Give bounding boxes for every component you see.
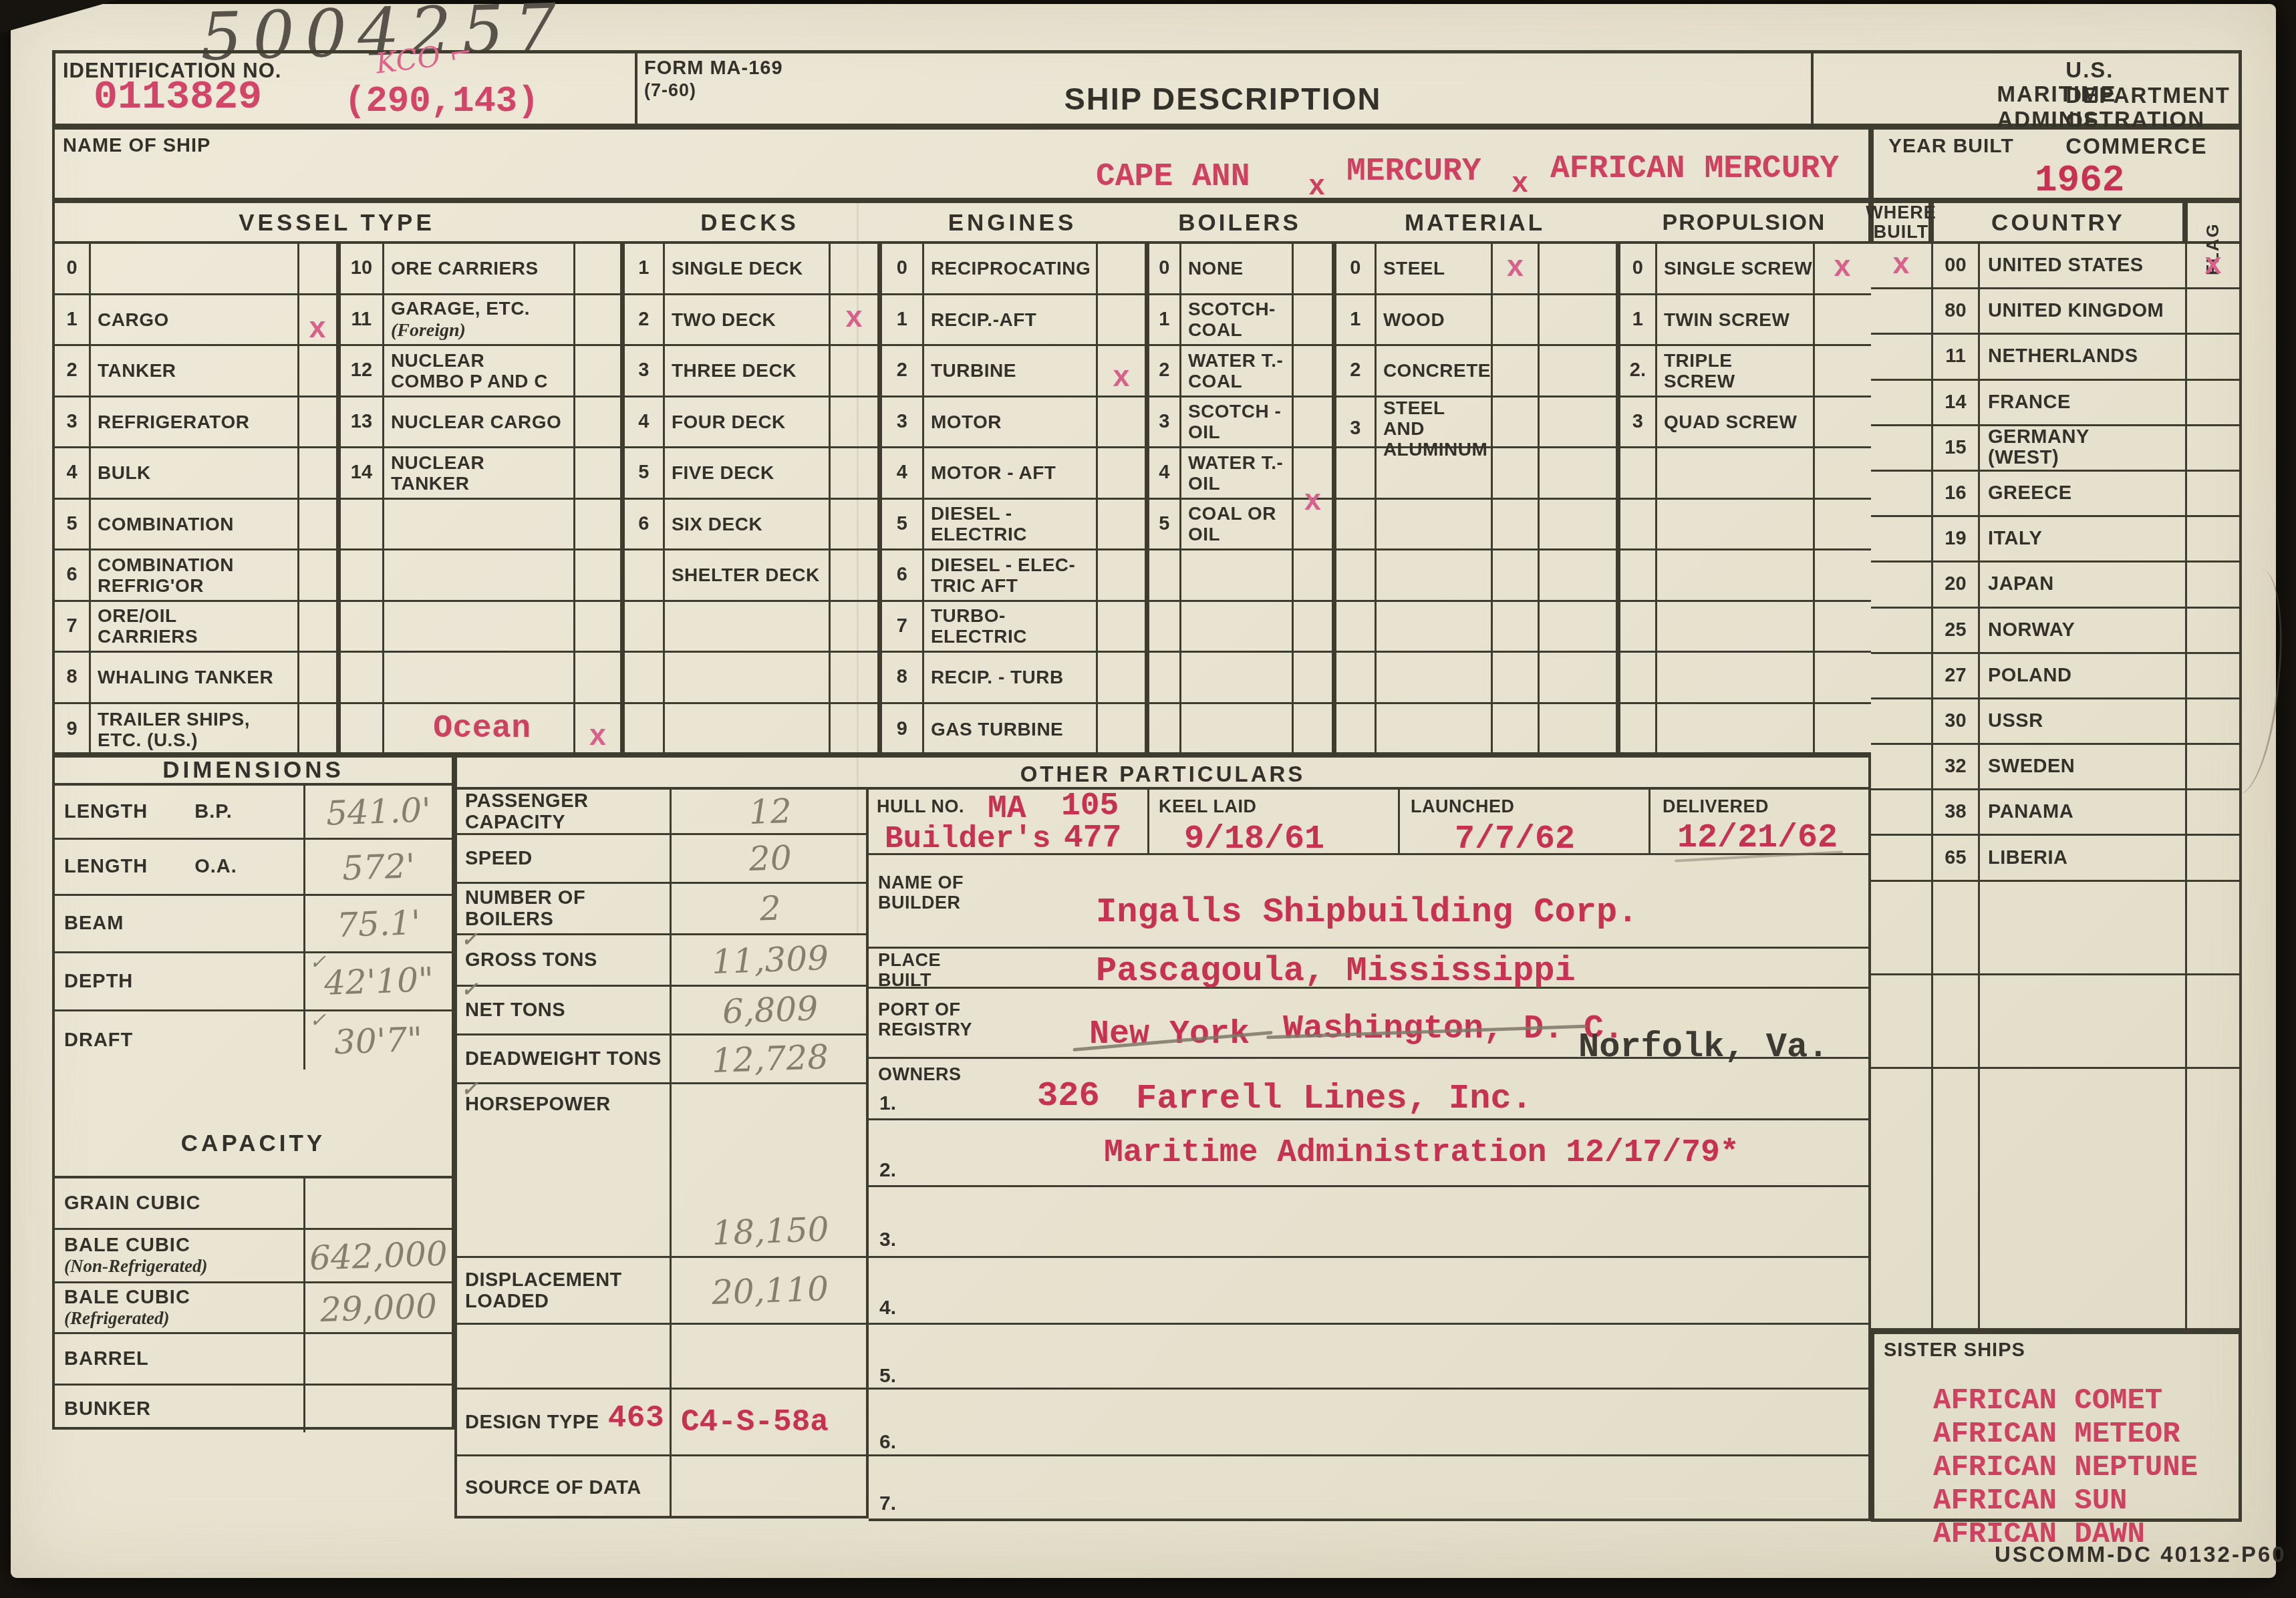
pencil-value: 18,150 <box>711 1210 829 1253</box>
capacity-row: BUNKER <box>55 1386 452 1432</box>
country-name-cell: PANAMA <box>1978 790 2185 836</box>
label-cell: GAS TURBINE <box>924 719 1096 740</box>
form-number-line2: (7-60) <box>644 80 696 101</box>
code-cell: 0 <box>1336 244 1377 293</box>
x-mark: x <box>309 315 326 345</box>
label-cell: NUCLEAR CARGO <box>384 412 573 432</box>
label-cell: REFRIGERATOR <box>91 412 297 432</box>
mark-cell <box>829 550 877 600</box>
hull-builders: Builder's <box>885 822 1050 856</box>
code-cell <box>1149 602 1181 651</box>
mark-cell <box>297 397 335 447</box>
table-row <box>625 704 877 756</box>
dept-line2: MARITIME ADMINISTRATION <box>1997 82 2205 132</box>
particulars-value: 12 <box>670 790 869 833</box>
owner-row-4: 4. <box>869 1258 1868 1325</box>
code-cell <box>341 602 384 651</box>
table-row <box>1149 550 1332 602</box>
material-title: MATERIAL <box>1405 210 1545 236</box>
code-cell <box>625 704 665 756</box>
label-cell: ORE CARRIERS <box>384 258 573 279</box>
particulars-value <box>670 1325 869 1388</box>
x-mark: x <box>845 305 863 334</box>
label-cell: SHELTER DECK <box>665 565 829 585</box>
code-cell: 9 <box>882 704 924 756</box>
country-name-cell: JAPAN <box>1978 563 2185 608</box>
boilers-title: BOILERS <box>1178 210 1301 236</box>
table-row: 1SINGLE DECK <box>625 244 877 295</box>
particulars-row: HORSEPOWER✓18,150 <box>457 1084 866 1258</box>
owners-label: OWNERS <box>878 1064 962 1084</box>
code-cell: 3 <box>625 346 665 395</box>
table-row: 14NUCLEAR TANKER <box>341 448 620 500</box>
keel-laid-cell: KEEL LAID 9/18/61 <box>1149 790 1400 853</box>
mark-cell <box>1813 448 1870 498</box>
mark-cell <box>297 653 335 702</box>
dimensions-capacity-table: DIMENSIONS LENGTHB.P.541.0'LENGTHO.A.572… <box>52 755 454 1430</box>
code-cell: 5 <box>55 500 91 549</box>
particulars-value: 12,728 <box>670 1035 869 1082</box>
particulars-row <box>457 1325 866 1390</box>
country-code-cell <box>1931 882 1978 975</box>
country-name-cell: UNITED KINGDOM <box>1978 289 2185 335</box>
table-row: 8RECIP. - TURB <box>882 653 1145 704</box>
mark-cell <box>573 448 620 498</box>
particulars-row: DISPLACEMENT LOADED20,110 <box>457 1258 866 1325</box>
dimension-row: BEAM75.1' <box>55 896 452 953</box>
table-row <box>1620 448 1871 500</box>
code-cell <box>625 602 665 651</box>
table-row: 2WATER T.- COAL <box>1149 346 1332 397</box>
place-built-label: PLACE BUILT <box>878 950 941 990</box>
code-cell: 2 <box>625 295 665 345</box>
code-cell: 5 <box>625 448 665 498</box>
where-built-cell <box>1871 381 1931 426</box>
mark-cell: x <box>297 295 335 345</box>
dimension-label: LENGTHO.A. <box>55 856 303 877</box>
particulars-row: NUMBER OF BOILERS2 <box>457 884 866 935</box>
code-cell: 8 <box>882 653 924 702</box>
particulars-label: NUMBER OF BOILERS <box>457 887 670 930</box>
footer-code: USCOMM-DC 40132-P60 <box>1995 1542 2287 1567</box>
mark-cell <box>829 500 877 549</box>
ship-name-3: AFRICAN MERCURY <box>1550 151 1839 187</box>
table-row <box>341 653 620 704</box>
label-cell: RECIP. - TURB <box>924 667 1096 687</box>
dimension-label: BEAM <box>55 913 303 934</box>
mark-cell <box>1096 550 1145 600</box>
table-row <box>1336 550 1616 602</box>
label-cell: WATER T.-OIL <box>1181 452 1292 494</box>
country-code-cell: 14 <box>1931 381 1978 426</box>
country-code-cell: 80 <box>1931 289 1978 335</box>
dimension-value: ✓30'7" <box>303 1011 452 1070</box>
owner2-name: Maritime Administration 12/17/79* <box>1104 1135 1739 1171</box>
label-cell: WOOD <box>1377 309 1491 330</box>
country-name-cell <box>1978 882 2185 975</box>
code-cell <box>1149 550 1181 600</box>
capacity-label: BALE CUBIC (Refrigerated) <box>55 1287 303 1329</box>
port-of-registry-row: PORT OF REGISTRY New York Washington, D.… <box>869 989 1868 1059</box>
table-row: 7ORE/OIL CARRIERS <box>55 602 336 653</box>
where-built-cell <box>1871 335 1931 380</box>
pencil-value: 541.0' <box>325 790 432 832</box>
country-code-cell: 20 <box>1931 563 1978 608</box>
table-row: 3SCOTCH - OIL <box>1149 397 1332 449</box>
owner-row-2: 2. Maritime Administration 12/17/79* <box>869 1120 1868 1187</box>
port-label: PORT OF REGISTRY <box>878 999 972 1040</box>
table-row <box>1336 602 1616 653</box>
dimension-row: LENGTHO.A.572' <box>55 840 452 896</box>
where-built-cell <box>1871 790 1931 836</box>
mark-cell <box>1813 346 1870 395</box>
particulars-value: 20,110 <box>670 1258 869 1323</box>
country-code-cell <box>1931 1069 1978 1331</box>
label-cell: TANKER <box>91 360 297 381</box>
launched-label: LAUNCHED <box>1411 796 1515 816</box>
table-row: 4FOUR DECK <box>625 397 877 449</box>
section-engines: 0RECIPROCATING1RECIP.-AFT2TURBINEx3MOTOR… <box>880 244 1147 755</box>
label-cell: FOUR DECK <box>665 412 829 432</box>
country-name-cell: FRANCE <box>1978 381 2185 426</box>
label-cell: SCOTCH- COAL <box>1181 299 1292 340</box>
country-name-cell: POLAND <box>1978 654 2185 699</box>
label-cell: CARGO <box>91 309 297 330</box>
mark-cell <box>573 295 620 345</box>
table-row: 12NUCLEAR COMBO P AND C <box>341 346 620 397</box>
code-cell: 2. <box>1620 346 1657 395</box>
pencil-value: 6,809 <box>722 989 819 1031</box>
code-cell: 6 <box>882 550 924 600</box>
table-row: 4MOTOR - AFT <box>882 448 1145 500</box>
table-row <box>625 653 877 704</box>
label-cell: STEEL <box>1377 258 1491 279</box>
particulars-row: PASSENGER CAPACITY12 <box>457 790 866 835</box>
x-mark: x <box>2204 251 2222 281</box>
dimension-row: LENGTHB.P.541.0' <box>55 786 452 840</box>
mark-cell <box>829 653 877 702</box>
vline <box>1811 50 1814 127</box>
ship-name-sep-1: x <box>1308 171 1325 203</box>
pencil-value: 11,309 <box>711 939 829 981</box>
label-cell: DIESEL - ELEC- TRIC AFT <box>924 554 1096 596</box>
section-vessel-type-left: 01CARGOx2TANKER3REFRIGERATOR4BULK5COMBIN… <box>55 244 339 755</box>
pencil-checkmark: ✓ <box>309 1009 326 1032</box>
code-cell <box>341 704 384 756</box>
table-row: 2TANKER <box>55 346 336 397</box>
builder-value: Ingalls Shipbuilding Corp. <box>1096 893 1638 932</box>
dimension-label: LENGTHB.P. <box>55 802 303 822</box>
country-code-cell: 25 <box>1931 609 1978 654</box>
table-row <box>1336 653 1616 704</box>
label-cell: TWIN SCREW <box>1657 309 1813 330</box>
country-code-cell: 11 <box>1931 335 1978 380</box>
mark-cell <box>1813 704 1870 756</box>
particulars-value: 11,309 <box>670 935 869 985</box>
owner-row-3: 3. <box>869 1187 1868 1258</box>
flag-cell <box>2185 563 2239 608</box>
table-row: 3STEEL AND ALUMINUM <box>1336 397 1616 449</box>
dimension-row: DEPTH✓42'10" <box>55 953 452 1011</box>
code-cell <box>341 550 384 600</box>
launched-cell: LAUNCHED 7/7/62 <box>1400 790 1651 853</box>
table-row: 2TWO DECKx <box>625 295 877 347</box>
pencil-value: 20 <box>748 838 793 878</box>
mark-cell <box>1096 500 1145 549</box>
pencil-value: 75.1' <box>336 903 421 944</box>
code-cell: 1 <box>625 244 665 293</box>
owner-num-2: 2. <box>879 1159 896 1182</box>
label-cell: GARAGE, ETC. (Foreign) <box>384 298 573 341</box>
code-cell: 1 <box>882 295 924 345</box>
owner-num-6: 6. <box>879 1431 896 1454</box>
code-cell <box>1620 704 1657 756</box>
design-type-value: C4-S-58a <box>681 1405 829 1440</box>
label-cell: FIVE DECK <box>665 462 829 483</box>
code-cell <box>1149 653 1181 702</box>
particulars-label: DESIGN TYPE463 <box>457 1412 670 1433</box>
country-name-cell: GREECE <box>1978 472 2185 517</box>
particulars-row: SPEED20 <box>457 835 866 884</box>
pencil-checkmark: ✓ <box>461 929 478 951</box>
table-row: 6DIESEL - ELEC- TRIC AFT <box>882 550 1145 602</box>
where-built-cell <box>1871 289 1931 335</box>
mark-cell <box>573 653 620 702</box>
mark-cell <box>1096 448 1145 498</box>
table-row: 4BULK <box>55 448 336 500</box>
mark-cell <box>829 448 877 498</box>
country-name-cell: USSR <box>1978 699 2185 745</box>
label-cell: ORE/OIL CARRIERS <box>91 605 297 647</box>
code-cell: 5 <box>1149 500 1181 549</box>
code-cell: 3 <box>1149 397 1181 447</box>
label-cell: SIX DECK <box>665 514 829 534</box>
flag-cell <box>2185 1069 2239 1331</box>
sister-ship-name: AFRICAN COMET <box>1933 1384 2239 1418</box>
mark-cell <box>1292 346 1332 395</box>
country-code-cell: 65 <box>1931 836 1978 881</box>
table-row <box>341 500 620 551</box>
capacity-row: GRAIN CUBIC <box>55 1178 452 1230</box>
flag-cell <box>2185 335 2239 380</box>
code-cell <box>1149 704 1181 756</box>
mark-cell <box>297 346 335 395</box>
section-boilers: 0NONE1SCOTCH- COAL2WATER T.- COAL3SCOTCH… <box>1147 244 1334 755</box>
code-cell <box>1620 653 1657 702</box>
pencil-value: 2 <box>759 889 782 928</box>
dimension-value: 572' <box>303 840 452 894</box>
code-cell: 5 <box>882 500 924 549</box>
label-cell: THREE DECK <box>665 360 829 381</box>
table-row <box>1336 704 1616 756</box>
x-mark: x <box>589 723 606 752</box>
capacity-value <box>303 1334 452 1384</box>
label-cell: TURBO- ELECTRIC <box>924 605 1096 647</box>
code-cell: 11 <box>341 295 384 345</box>
particulars-row: NET TONS✓6,809 <box>457 987 866 1035</box>
label-cell: NUCLEAR TANKER <box>384 452 573 494</box>
table-row: 0STEELx <box>1336 244 1616 295</box>
mark-cell <box>297 602 335 651</box>
sister-ship-name: AFRICAN SUN <box>1933 1484 2239 1518</box>
year-built-value: 1962 <box>2035 159 2124 202</box>
pencil-value: 29,000 <box>319 1286 438 1329</box>
table-row <box>625 602 877 653</box>
particulars-value: 2 <box>670 884 869 933</box>
mark-cell <box>297 448 335 498</box>
code-cell: 4 <box>625 397 665 447</box>
country-table: x00UNITED STATESx80UNITED KINGDOM11NETHE… <box>1871 244 2242 1331</box>
owner-num-7: 7. <box>879 1492 896 1515</box>
vline <box>635 50 637 127</box>
country-name-cell: SWEDEN <box>1978 745 2185 790</box>
capacity-row: BALE CUBIC (Refrigerated)29,000 <box>55 1283 452 1334</box>
ship-name-sep-2: x <box>1512 168 1528 200</box>
particulars-middle-column: PASSENGER CAPACITY12SPEED20NUMBER OF BOI… <box>454 790 869 1519</box>
code-cell <box>341 500 384 549</box>
ship-name-2: MERCURY <box>1346 154 1481 190</box>
capacity-value <box>303 1386 452 1432</box>
capacity-label: BALE CUBIC (Non-Refrigerated) <box>55 1235 303 1277</box>
table-row <box>1336 500 1616 551</box>
label-cell: SCOTCH - OIL <box>1181 401 1292 442</box>
code-cell: 3 <box>55 397 91 447</box>
hull-no-label: HULL NO. <box>877 796 964 816</box>
table-row: 2.TRIPLE SCREW <box>1620 346 1871 397</box>
table-row <box>1620 550 1871 602</box>
design-type-code: 463 <box>608 1408 664 1429</box>
mark-cell <box>297 550 335 600</box>
code-cell: 10 <box>341 244 384 293</box>
table-row <box>1149 602 1332 653</box>
dimension-label: DRAFT <box>55 1030 303 1051</box>
country-code-cell: 15 <box>1931 426 1978 472</box>
mark-cell <box>1096 602 1145 651</box>
mark-cell <box>1096 244 1145 293</box>
flag-cell <box>2185 289 2239 335</box>
hull-ma-number: 105 <box>1061 788 1119 824</box>
code-cell <box>1336 500 1377 549</box>
table-row: 11GARAGE, ETC. (Foreign) <box>341 295 620 347</box>
code-cell: 9 <box>55 704 91 756</box>
pink-coordinates: (290,143) <box>344 82 539 122</box>
country-name-cell: GERMANY (WEST) <box>1978 426 2185 472</box>
where-built-cell <box>1871 745 1931 790</box>
flag-cell <box>2185 381 2239 426</box>
table-row <box>341 602 620 653</box>
where-built-cell: x <box>1871 244 1931 289</box>
table-row: 3REFRIGERATOR <box>55 397 336 449</box>
owner-num-4: 4. <box>879 1297 896 1319</box>
flag-cell <box>2185 790 2239 836</box>
table-row: 3QUAD SCREW <box>1620 397 1871 449</box>
table-row: 3MOTOR <box>882 397 1145 449</box>
hull-builders-number: 477 <box>1064 820 1121 856</box>
country-name-cell: NORWAY <box>1978 609 2185 654</box>
mark-cell <box>1491 602 1538 651</box>
x-mark: x <box>1834 254 1851 283</box>
flag-cell <box>2185 609 2239 654</box>
table-row: 8WHALING TANKER <box>55 653 336 704</box>
table-row: 6SIX DECK <box>625 500 877 551</box>
code-cell: 2 <box>1336 346 1377 395</box>
pencil-value: 30'7" <box>333 1019 423 1062</box>
code-cell <box>1336 448 1377 498</box>
label-cell: SINGLE SCREW <box>1657 258 1813 279</box>
code-cell <box>1620 602 1657 651</box>
table-row <box>1149 704 1332 756</box>
keel-laid-label: KEEL LAID <box>1159 796 1257 816</box>
where-built-cell <box>1871 882 1931 975</box>
table-row: 9TRAILER SHIPS, ETC. (U.S.) <box>55 704 336 756</box>
country-name-cell: NETHERLANDS <box>1978 335 2185 380</box>
code-cell: 13 <box>341 397 384 447</box>
where-built-cell <box>1871 836 1931 881</box>
table-row: 0SINGLE SCREWx <box>1620 244 1871 295</box>
label-cell: TRAILER SHIPS, ETC. (U.S.) <box>91 709 297 750</box>
label-cell: COMBINATION REFRIG'OR <box>91 554 297 596</box>
where-built-cell <box>1871 699 1931 745</box>
owner-num-1: 1. <box>879 1092 896 1115</box>
code-cell: 1 <box>55 295 91 345</box>
code-cell: 14 <box>341 448 384 498</box>
flag-cell: x <box>2185 244 2239 289</box>
country-code-cell: 00 <box>1931 244 1978 289</box>
code-cell: 0 <box>1620 244 1657 293</box>
flag-cell <box>2185 745 2239 790</box>
hull-no-cell: HULL NO. MA 105 Builder's 477 <box>869 790 1149 853</box>
mark-cell <box>829 346 877 395</box>
table-row: Oceanx <box>341 704 620 756</box>
flag-cell <box>2185 836 2239 881</box>
label-cell: MOTOR - AFT <box>924 462 1096 483</box>
scanned-form-ship-description: 5004257 IDENTIFICATION NO. 0113829 KCO ⌐… <box>0 0 2296 1598</box>
particulars-label: DISPLACEMENT LOADED <box>457 1269 670 1312</box>
particulars-row: SOURCE OF DATA <box>457 1456 866 1519</box>
delivered-cell: DELIVERED 12/21/62 <box>1651 790 1871 853</box>
x-mark: x <box>1113 364 1130 393</box>
code-cell: 7 <box>55 602 91 651</box>
sister-ships-label: SISTER SHIPS <box>1884 1339 2239 1362</box>
label-cell: CONCRETE <box>1377 360 1491 381</box>
owner-row-5: 5. <box>869 1325 1868 1390</box>
dimension-value: 541.0' <box>303 786 452 838</box>
delivered-label: DELIVERED <box>1663 796 1769 816</box>
particulars-row: DEADWEIGHT TONS12,728 <box>457 1035 866 1084</box>
code-cell: 0 <box>882 244 924 293</box>
table-row: 1WOOD <box>1336 295 1616 347</box>
dimension-label: DEPTH <box>55 971 303 992</box>
where-built-title: WHERE BUILT <box>1866 203 1936 242</box>
country-code-cell: 16 <box>1931 472 1978 517</box>
where-built-cell <box>1871 426 1931 472</box>
table-row: SHELTER DECK <box>625 550 877 602</box>
where-built-cell <box>1871 654 1931 699</box>
label-cell: WHALING TANKER <box>91 667 297 687</box>
sister-ship-name: AFRICAN METEOR <box>1933 1418 2239 1451</box>
table-row: 2TURBINEx <box>882 346 1145 397</box>
pencil-value: 42'10" <box>323 960 434 1003</box>
particulars-fields: HULL NO. MA 105 Builder's 477 KEEL LAID … <box>869 790 1871 1521</box>
country-name-cell <box>1978 1069 2185 1331</box>
code-cell <box>341 653 384 702</box>
capacity-title: CAPACITY <box>55 1070 452 1178</box>
mark-cell <box>1292 397 1332 447</box>
mark-cell <box>1096 653 1145 702</box>
where-built-cell <box>1871 563 1931 608</box>
x-mark: x <box>1506 254 1524 283</box>
place-built-row: PLACE BUILT Pascagoula, Mississippi <box>869 949 1868 989</box>
